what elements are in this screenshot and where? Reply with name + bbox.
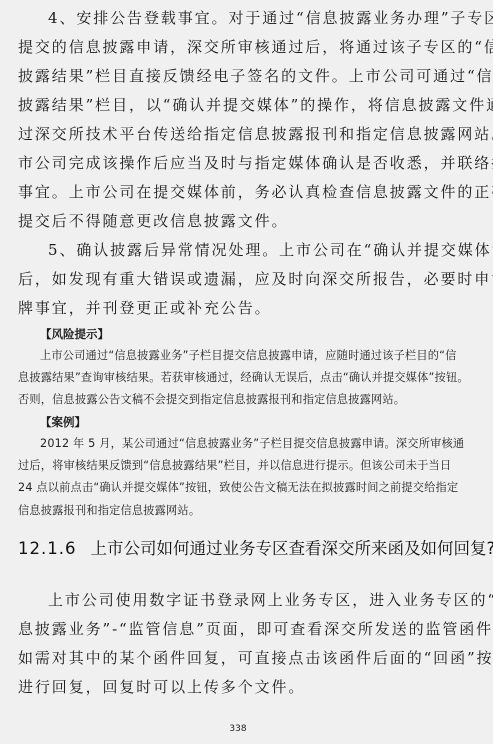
- para5-line: 5、确认披露后异常情况处理。上市公司在“确认并提交媒体”: [48, 240, 460, 260]
- section-heading: 12.1.6上市公司如何通过业务专区查看深交所来函及如何回复?: [18, 538, 493, 560]
- para5-line: 牌事宜，并刊登更正或补充公告。: [18, 298, 460, 318]
- section-line: 进行回复，回复时可以上传多个文件。: [18, 677, 460, 697]
- para4-line: 事宜。上市公司在提交媒体前，务必认真检查信息披露文件的正确性，: [18, 182, 460, 202]
- document-page: 4、安排公告登载事宜。对于通过“信息披露业务办理”子专区 提交的信息披露申请，深…: [0, 0, 493, 744]
- case-label: 【案例】: [40, 414, 86, 430]
- section-number: 12.1.6: [18, 539, 76, 558]
- page-number: 338: [0, 724, 476, 734]
- para4-line: 过深交所技术平台传送给指定信息披露报刊和指定信息披露网站。上: [18, 124, 460, 144]
- case-line: 2012 年 5 月，某公司通过“信息披露业务”子栏目提交信息披露申请。深交所审…: [40, 436, 460, 452]
- para4-line: 4、安排公告登载事宜。对于通过“信息披露业务办理”子专区: [48, 8, 460, 28]
- section-line: 上市公司使用数字证书登录网上业务专区，进入业务专区的“信: [48, 590, 460, 610]
- risk-label: 【风险提示】: [40, 326, 109, 342]
- case-line: 过后，将审核结果反馈到“信息披露结果”栏目，并以信息进行提示。但该公司未于当日: [18, 458, 460, 474]
- para4-line: 提交后不得随意更改信息披露文件。: [18, 211, 460, 231]
- section-line: 如需对其中的某个函件回复，可直接点击该函件后面的“回函”按钮: [18, 648, 460, 668]
- case-line: 24 点以前点击“确认并提交媒体”按钮，致使公告文稿无法在拟披露时间之前提交给指…: [18, 480, 460, 496]
- risk-line: 上市公司通过“信息披露业务”子栏目提交信息披露申请，应随时通过该子栏目的“信: [40, 348, 460, 364]
- risk-line: 息披露结果”查询审核结果。若获审核通过，经确认无误后，点击“确认并提交媒体”按钮…: [18, 370, 460, 386]
- risk-line: 否则，信息披露公告文稿不会提交到指定信息披露报刊和指定信息披露网站。: [18, 392, 460, 408]
- section-line: 息披露业务”-“监管信息”页面，即可查看深交所发送的监管函件。: [18, 619, 460, 639]
- para4-line: 披露结果”栏目，以“确认并提交媒体”的操作，将信息披露文件通: [18, 95, 460, 115]
- para4-line: 披露结果”栏目直接反馈经电子签名的文件。上市公司可通过“信息: [18, 66, 460, 86]
- case-line: 信息披露报刊和指定信息披露网站。: [18, 503, 460, 519]
- para4-line: 提交的信息披露申请，深交所审核通过后，将通过该子专区的“信息: [18, 37, 460, 57]
- section-title: 上市公司如何通过业务专区查看深交所来函及如何回复?: [90, 539, 493, 558]
- para4-line: 市公司完成该操作后应当及时与指定媒体确认是否收悉，并联络披露: [18, 153, 460, 173]
- para5-line: 后，如发现有重大错误或遗漏，应及时向深交所报告，必要时申请停: [18, 269, 460, 289]
